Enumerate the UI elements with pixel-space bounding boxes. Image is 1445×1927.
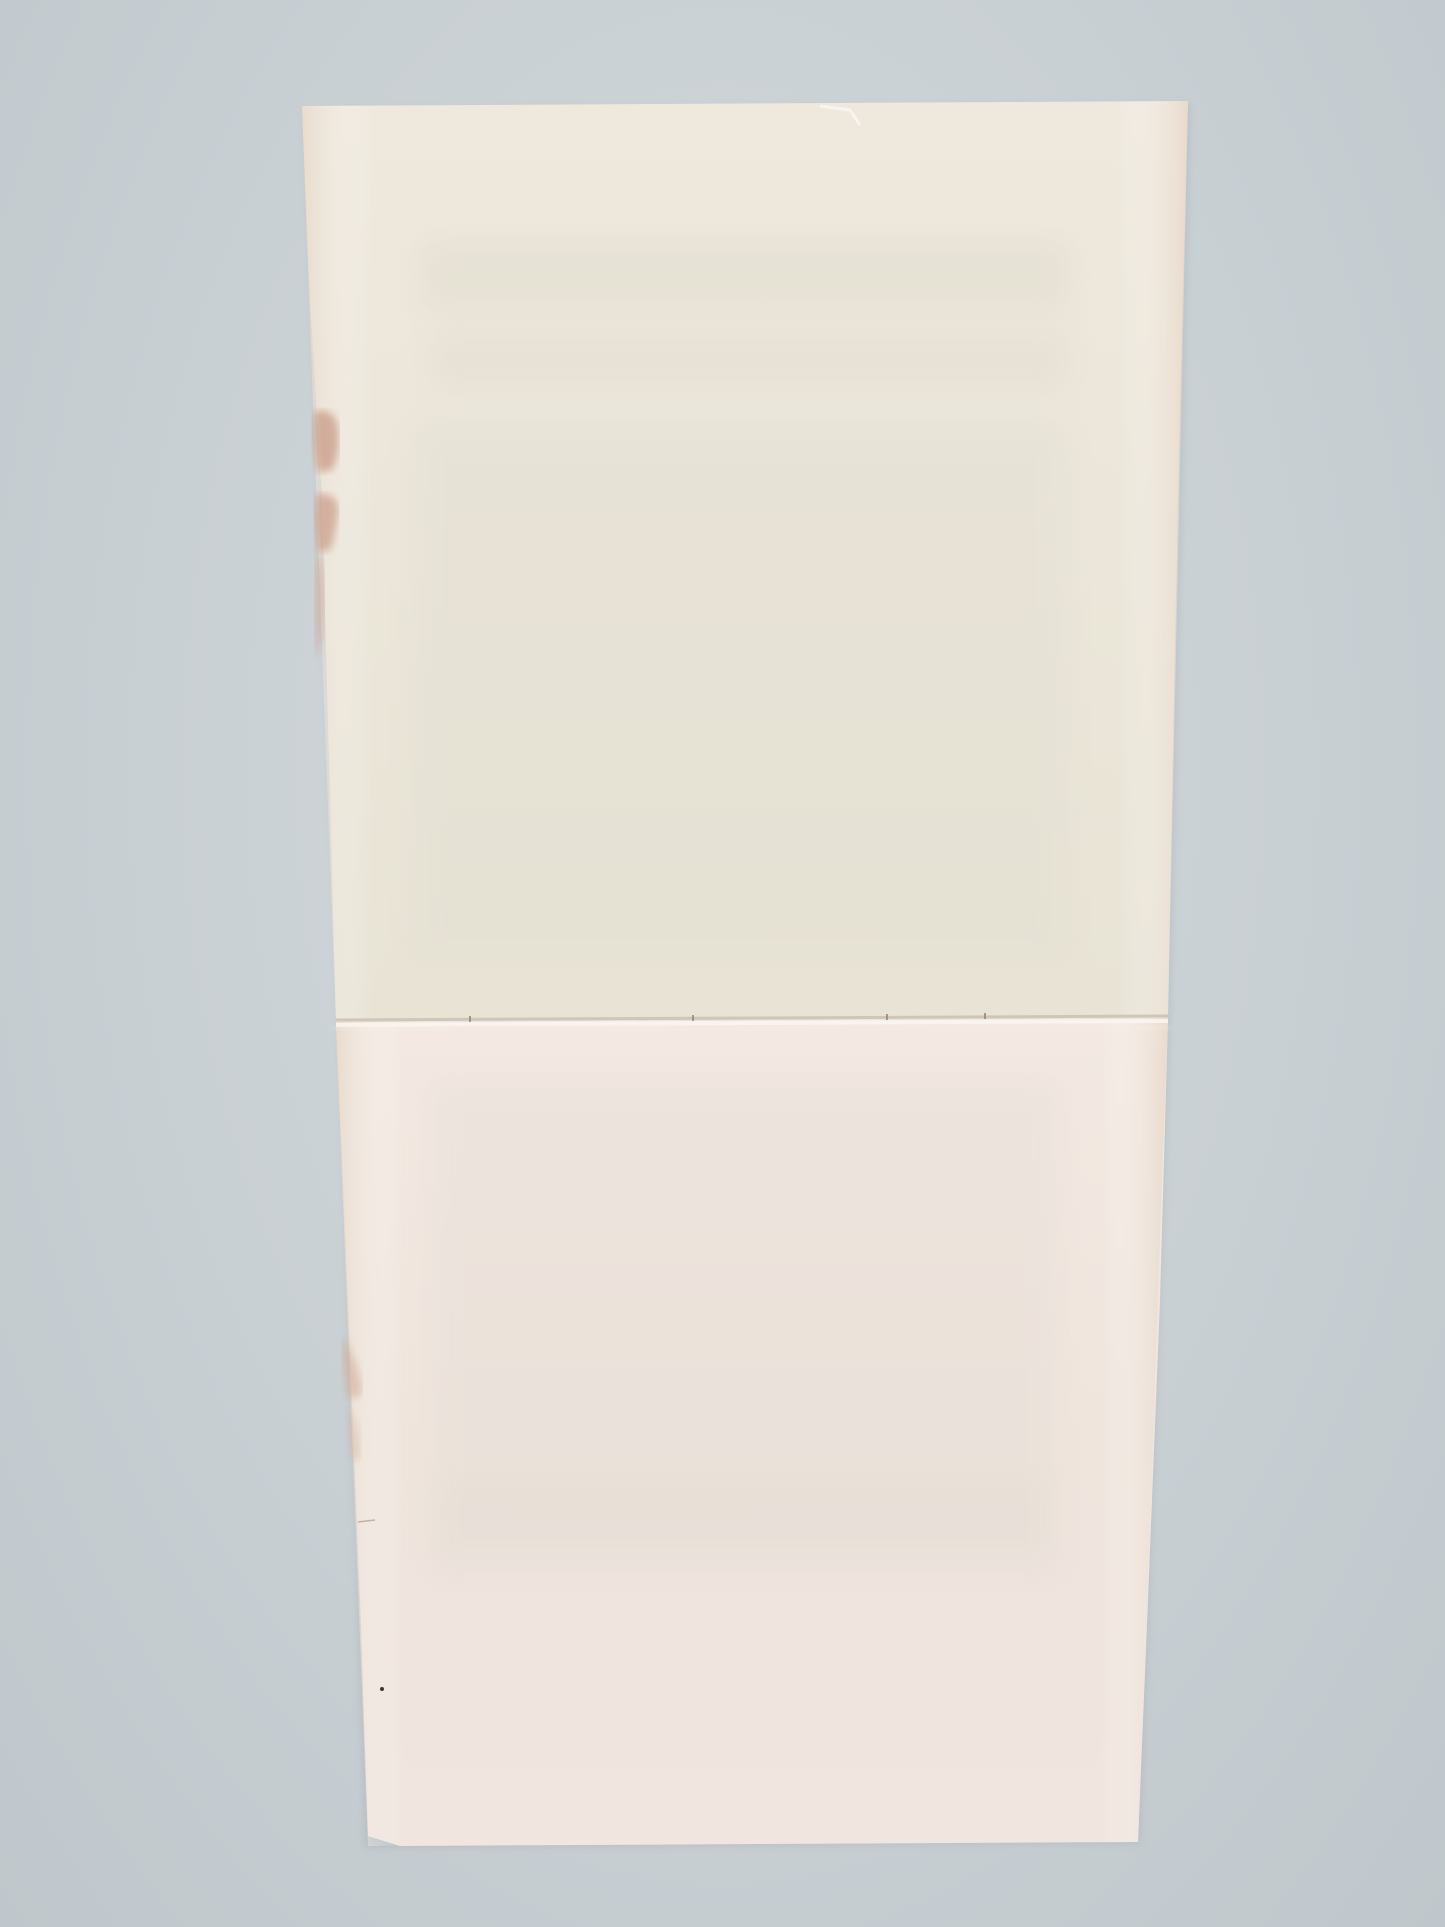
photo-scene: Back side of an old folded blank paper s… bbox=[0, 0, 1445, 1927]
bleed-through-upper bbox=[410, 240, 1070, 960]
speck bbox=[380, 1687, 384, 1691]
bleed-through-lower bbox=[430, 1080, 1060, 1580]
paper-sheet bbox=[0, 0, 1445, 1927]
